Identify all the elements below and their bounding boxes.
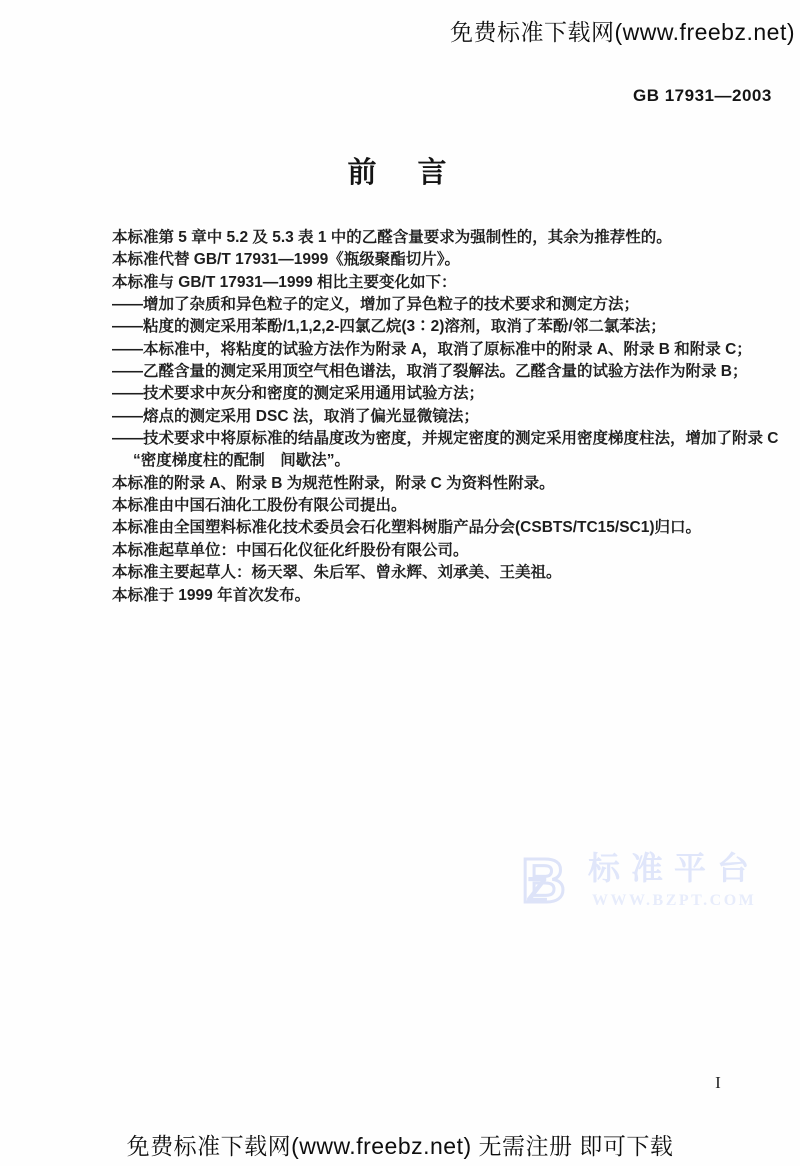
foreword-line: 本标准由中国石油化工股份有限公司提出。	[112, 495, 757, 517]
foreword-line: 本标准主要起草人：杨天翠、朱后军、曾永辉、刘承美、王美祖。	[112, 562, 757, 584]
foreword-line: 本标准代替 GB/T 17931—1999《瓶级聚酯切片》。	[112, 249, 757, 271]
bz-logo-icon: B Z	[517, 844, 581, 912]
bzpt-watermark: B Z 标准平台 WWW.BZPT.COM	[517, 844, 760, 912]
top-site-watermark: 免费标准下载网(www.freebz.net)	[450, 14, 795, 47]
foreword-line: 本标准起草单位：中国石化仪征化纤股份有限公司。	[112, 540, 757, 562]
foreword-line: 本标准与 GB/T 17931—1999 相比主要变化如下：	[112, 272, 757, 294]
foreword-line: 本标准于 1999 年首次发布。	[112, 585, 757, 607]
watermark-text-column: 标准平台 WWW.BZPT.COM	[588, 844, 760, 910]
foreword-line: “密度梯度柱的配制 间歇法”。	[112, 450, 757, 472]
footer-site-watermark: 免费标准下载网(www.freebz.net) 无需注册 即可下载	[0, 1128, 800, 1161]
foreword-line: ——技术要求中将原标准的结晶度改为密度，并规定密度的测定采用密度梯度柱法，增加了…	[112, 428, 757, 450]
page-title: 前 言	[0, 150, 800, 191]
foreword-line: 本标准由全国塑料标准化技术委员会石化塑料树脂产品分会(CSBTS/TC15/SC…	[112, 517, 757, 539]
foreword-line: ——乙醛含量的测定采用顶空气相色谱法，取消了裂解法。乙醛含量的试验方法作为附录 …	[112, 361, 757, 383]
scanned-standard-page: 免费标准下载网(www.freebz.net) GB 17931—2003 前 …	[0, 0, 800, 1166]
standard-number: GB 17931—2003	[633, 86, 772, 106]
foreword-line: ——增加了杂质和异色粒子的定义，增加了异色粒子的技术要求和测定方法；	[112, 294, 757, 316]
foreword-line: ——本标准中，将粘度的试验方法作为附录 A，取消了原标准中的附录 A、附录 B …	[112, 339, 757, 361]
foreword-line: 本标准的附录 A、附录 B 为规范性附录，附录 C 为资料性附录。	[112, 473, 757, 495]
watermark-title: 标准平台	[588, 850, 760, 886]
watermark-url: WWW.BZPT.COM	[588, 892, 760, 910]
foreword-line: 本标准第 5 章中 5.2 及 5.3 表 1 中的乙醛含量要求为强制性的，其余…	[112, 227, 757, 249]
svg-text:Z: Z	[526, 869, 548, 910]
foreword-line: ——技术要求中灰分和密度的测定采用通用试验方法；	[112, 383, 757, 405]
foreword-body: 本标准第 5 章中 5.2 及 5.3 表 1 中的乙醛含量要求为强制性的，其余…	[112, 227, 757, 607]
foreword-line: ——熔点的测定采用 DSC 法，取消了偏光显微镜法；	[112, 406, 757, 428]
page-number: I	[703, 1073, 733, 1093]
foreword-line: ——粘度的测定采用苯酚/1,1,2,2-四氯乙烷(3∶2)溶剂，取消了苯酚/邻二…	[112, 316, 757, 338]
